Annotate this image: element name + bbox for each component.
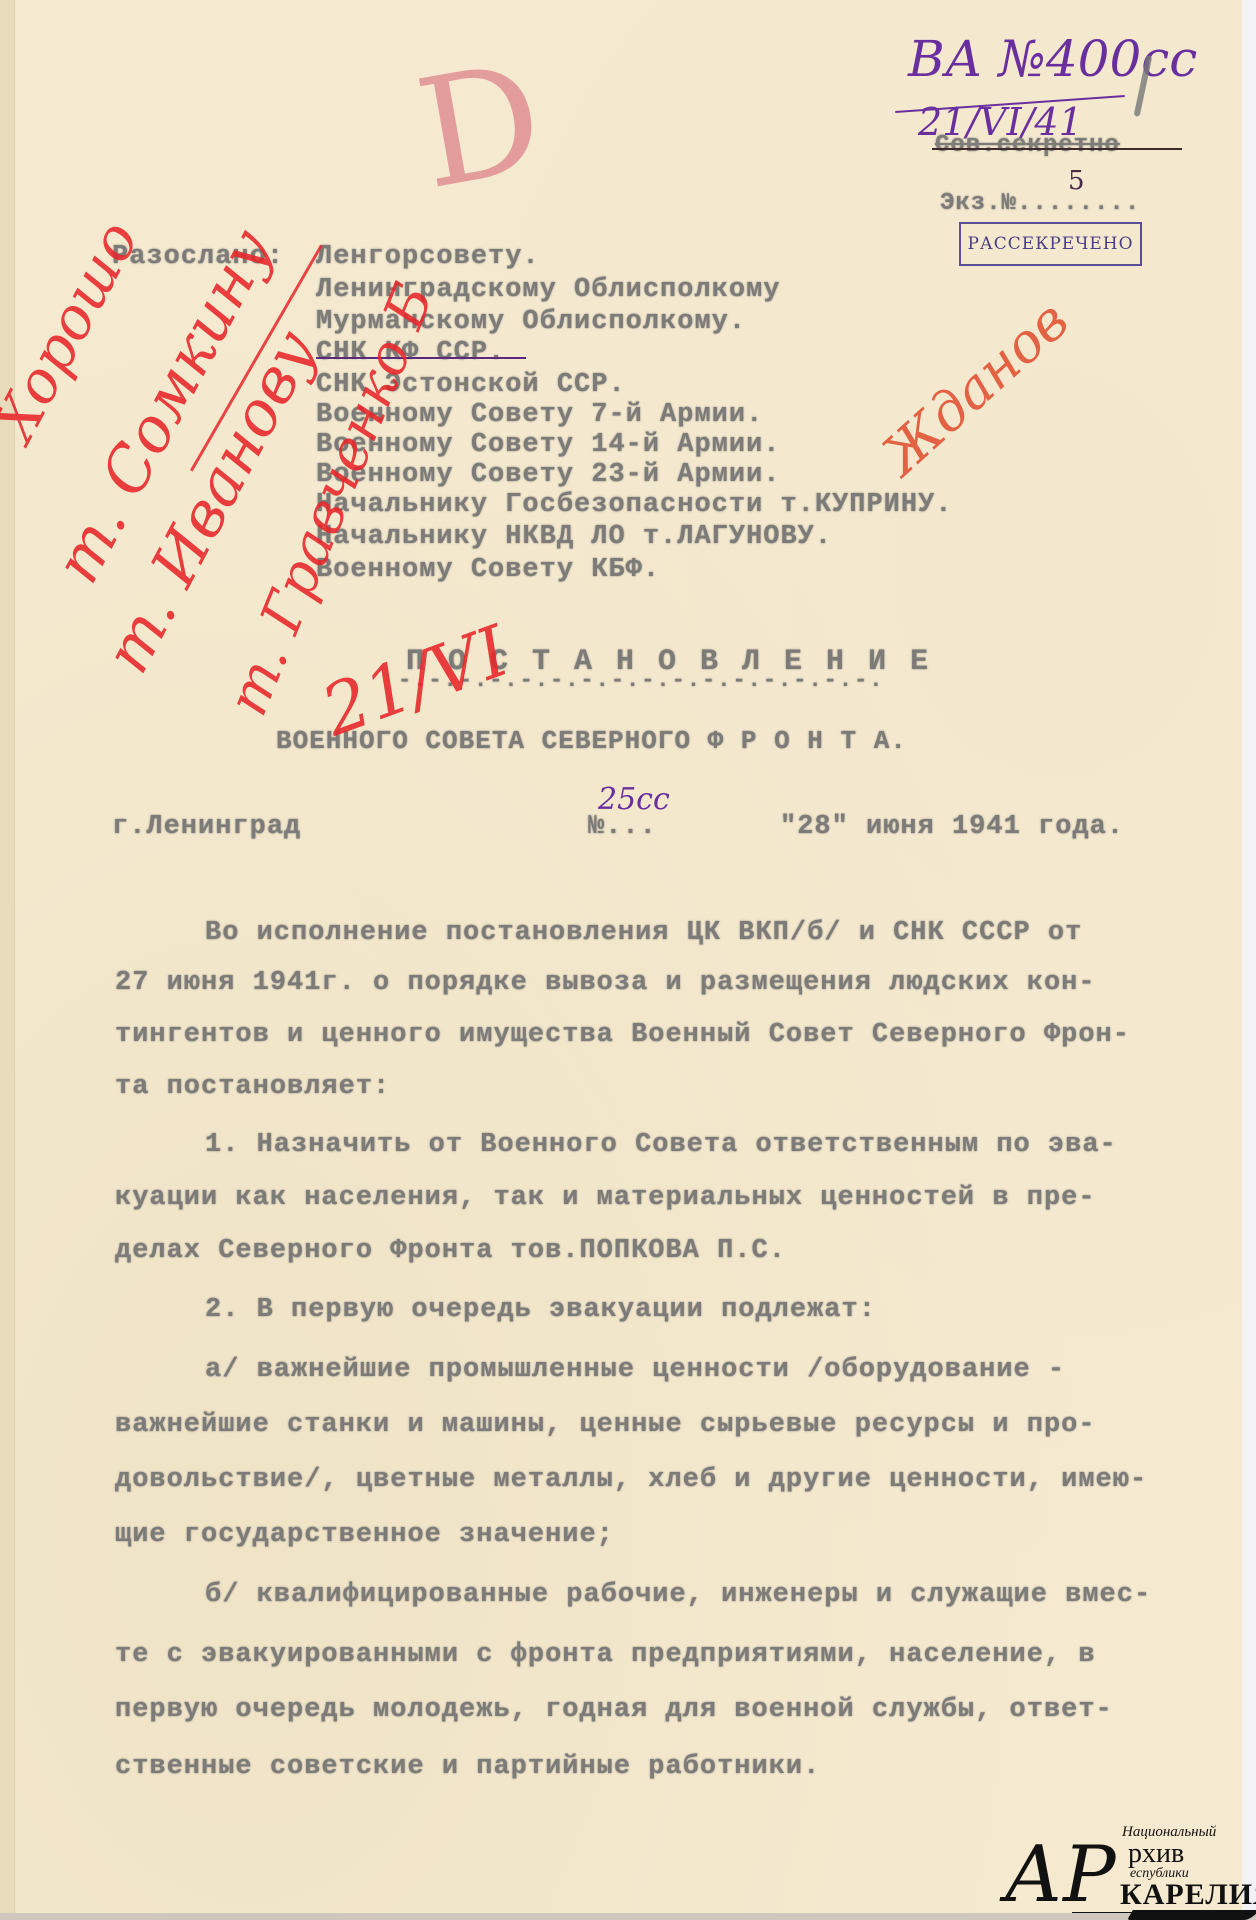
body-line: тингентов и ценного имущества Военный Со…	[115, 1020, 1130, 1050]
classification-strike-line	[932, 148, 1182, 150]
logo-monogram: АР	[1004, 1830, 1116, 1920]
declassified-stamp: РАССЕКРЕЧЕНО	[959, 222, 1142, 266]
number-handwritten: 25сс	[598, 782, 670, 817]
body-line: а/ важнейшие промышленные ценности /обор…	[205, 1355, 1065, 1385]
page-binding-edge	[0, 0, 15, 1913]
body-line: довольствие/, цветные металлы, хлеб и др…	[115, 1465, 1147, 1495]
body-line: ственные советские и партийные работники…	[115, 1752, 820, 1782]
body-line: Во исполнение постановления ЦК ВКП/б/ и …	[205, 918, 1082, 948]
body-line: 27 июня 1941г. о порядке вывоза и размещ…	[115, 968, 1096, 998]
quill-icon	[1127, 1910, 1256, 1920]
body-line: важнейшие станки и машины, ценные сырьев…	[115, 1410, 1096, 1440]
body-line: 2. В первую очередь эвакуации подлежат:	[205, 1295, 876, 1325]
logo-line4: КАРЕЛИЯ	[1120, 1878, 1256, 1912]
recipient: Ленгорсовету.	[316, 242, 540, 272]
body-line: первую очередь молодежь, годная для воен…	[115, 1695, 1113, 1725]
body-line: та постановляет:	[115, 1072, 390, 1102]
body-line: б/ квалифицированные рабочие, инженеры и…	[205, 1580, 1151, 1610]
body-line: щие государственное значение;	[115, 1520, 614, 1550]
recipient: Начальнику НКВД ЛО т.ЛАГУНОВУ.	[316, 522, 832, 552]
copy-label: Экз.№........	[940, 190, 1140, 217]
struck-classification: Сов.секретно	[935, 132, 1120, 159]
body-line: 1. Назначить от Военного Совета ответств…	[205, 1130, 1117, 1160]
body-line: куации как населения, так и материальных…	[115, 1183, 1096, 1213]
recipient: Начальнику Госбезопасности т.КУПРИНУ.	[316, 490, 953, 520]
city: г.Ленинград	[112, 812, 301, 842]
body-line: делах Северного Фронта тов.ПОПКОВА П.С.	[115, 1236, 786, 1266]
archive-logo: АР Национальный рхив еспублики КАРЕЛИЯ	[1000, 1820, 1256, 1920]
recipient: Военному Совету КБФ.	[316, 555, 660, 585]
date: "28" июня 1941 года.	[780, 812, 1124, 842]
recipient: Военному Совету 23-й Армии.	[316, 460, 780, 490]
archive-ref-handwritten: ВА №400сс	[908, 30, 1197, 88]
body-line: те с эвакуированными с фронта предприяти…	[115, 1640, 1096, 1670]
